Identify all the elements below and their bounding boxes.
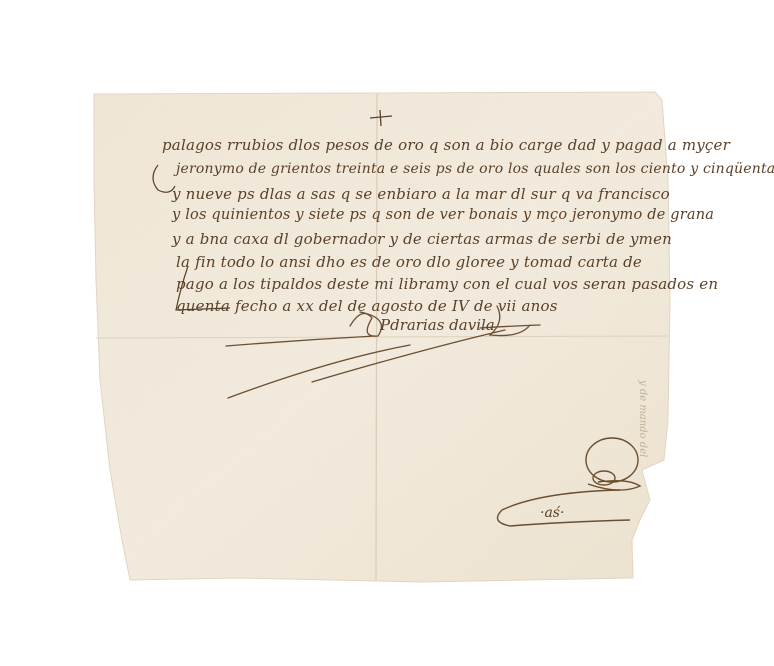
- rubric-text: ·aś·: [540, 505, 564, 521]
- manuscript-line-8: quenta fecho a xx del de agosto de IV de…: [176, 297, 558, 315]
- manuscript-line-5: y a bna caxa dl gobernador y de ciertas …: [172, 230, 672, 248]
- manuscript-line-4: y los quinientos y siete ps q son de ver…: [172, 207, 714, 223]
- manuscript-line-7: pago a los tipaldos deste mi libramy con…: [176, 275, 718, 293]
- manuscript-line-1: palagos rrubios dlos pesos de oro q son …: [162, 136, 662, 154]
- document-viewer: palagos rrubios dlos pesos de oro q son …: [0, 0, 774, 666]
- margin-note: y de mando del: [637, 380, 648, 457]
- manuscript-line-2: jeronymo de grientos treinta e seis ps d…: [176, 161, 774, 177]
- signature: Pdrarias davila: [380, 316, 495, 334]
- manuscript-line-6: la fin todo lo ansi dho es de oro dlo gl…: [176, 253, 642, 271]
- manuscript-line-3: y nueve ps dlas a sas q se enbiaro a la …: [172, 185, 670, 203]
